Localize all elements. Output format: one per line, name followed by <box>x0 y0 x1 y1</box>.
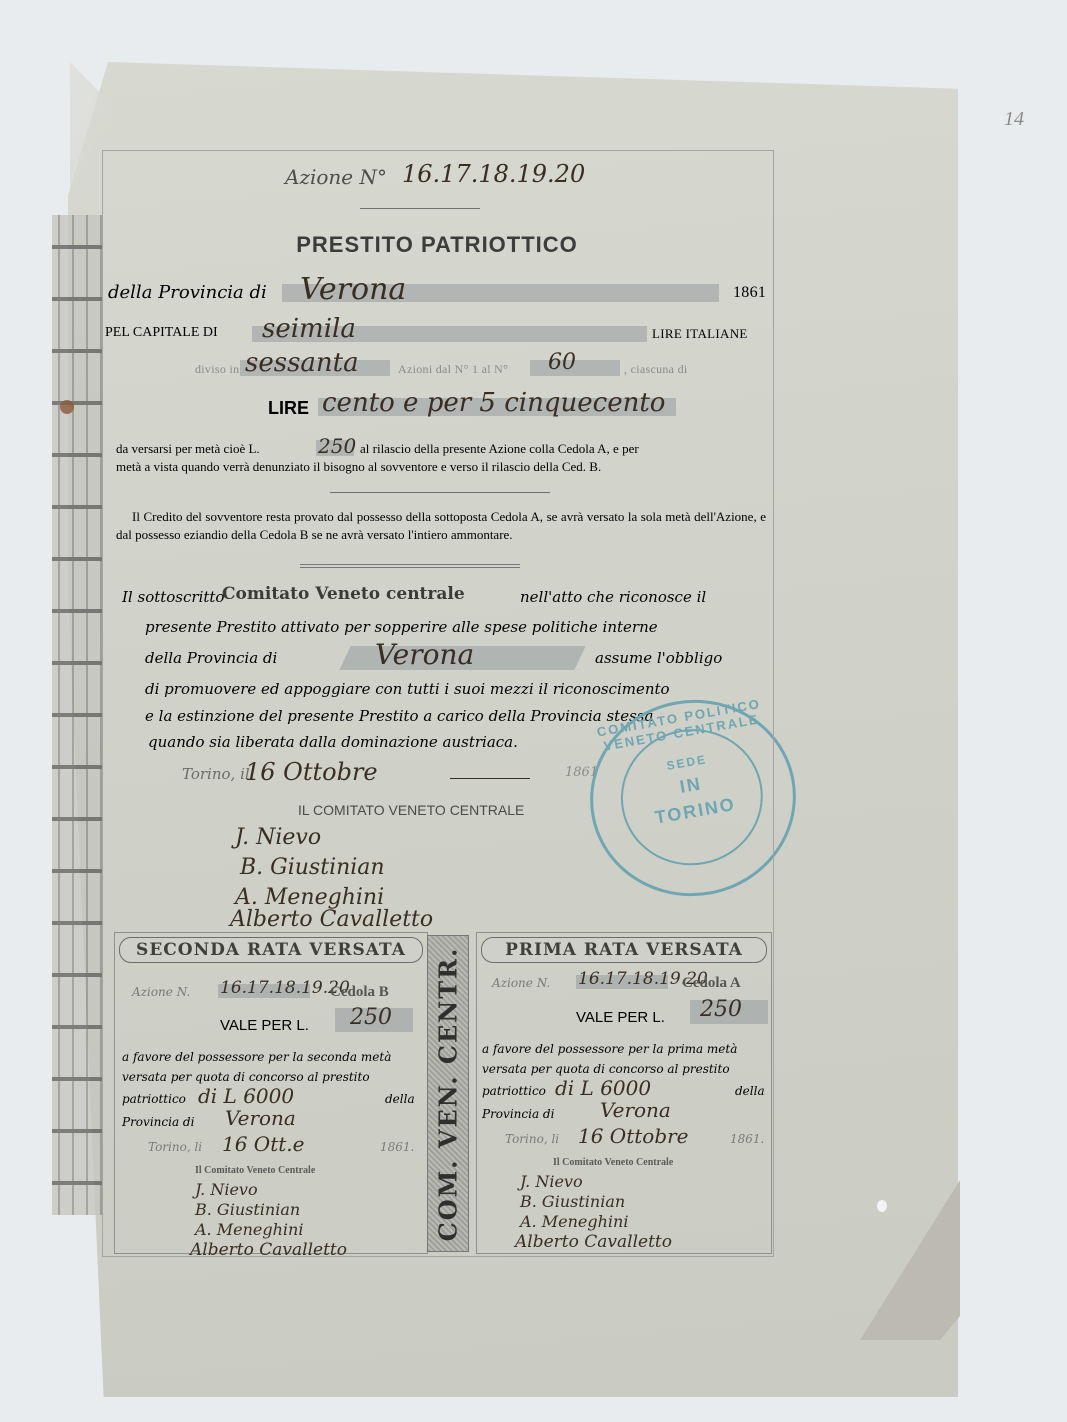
paper-hole <box>877 1200 887 1212</box>
rust-stain <box>60 400 74 414</box>
pencil-page-number: 14 <box>1004 108 1024 131</box>
ornamental-left-border <box>52 215 103 1215</box>
printed-form-border <box>102 150 774 1257</box>
